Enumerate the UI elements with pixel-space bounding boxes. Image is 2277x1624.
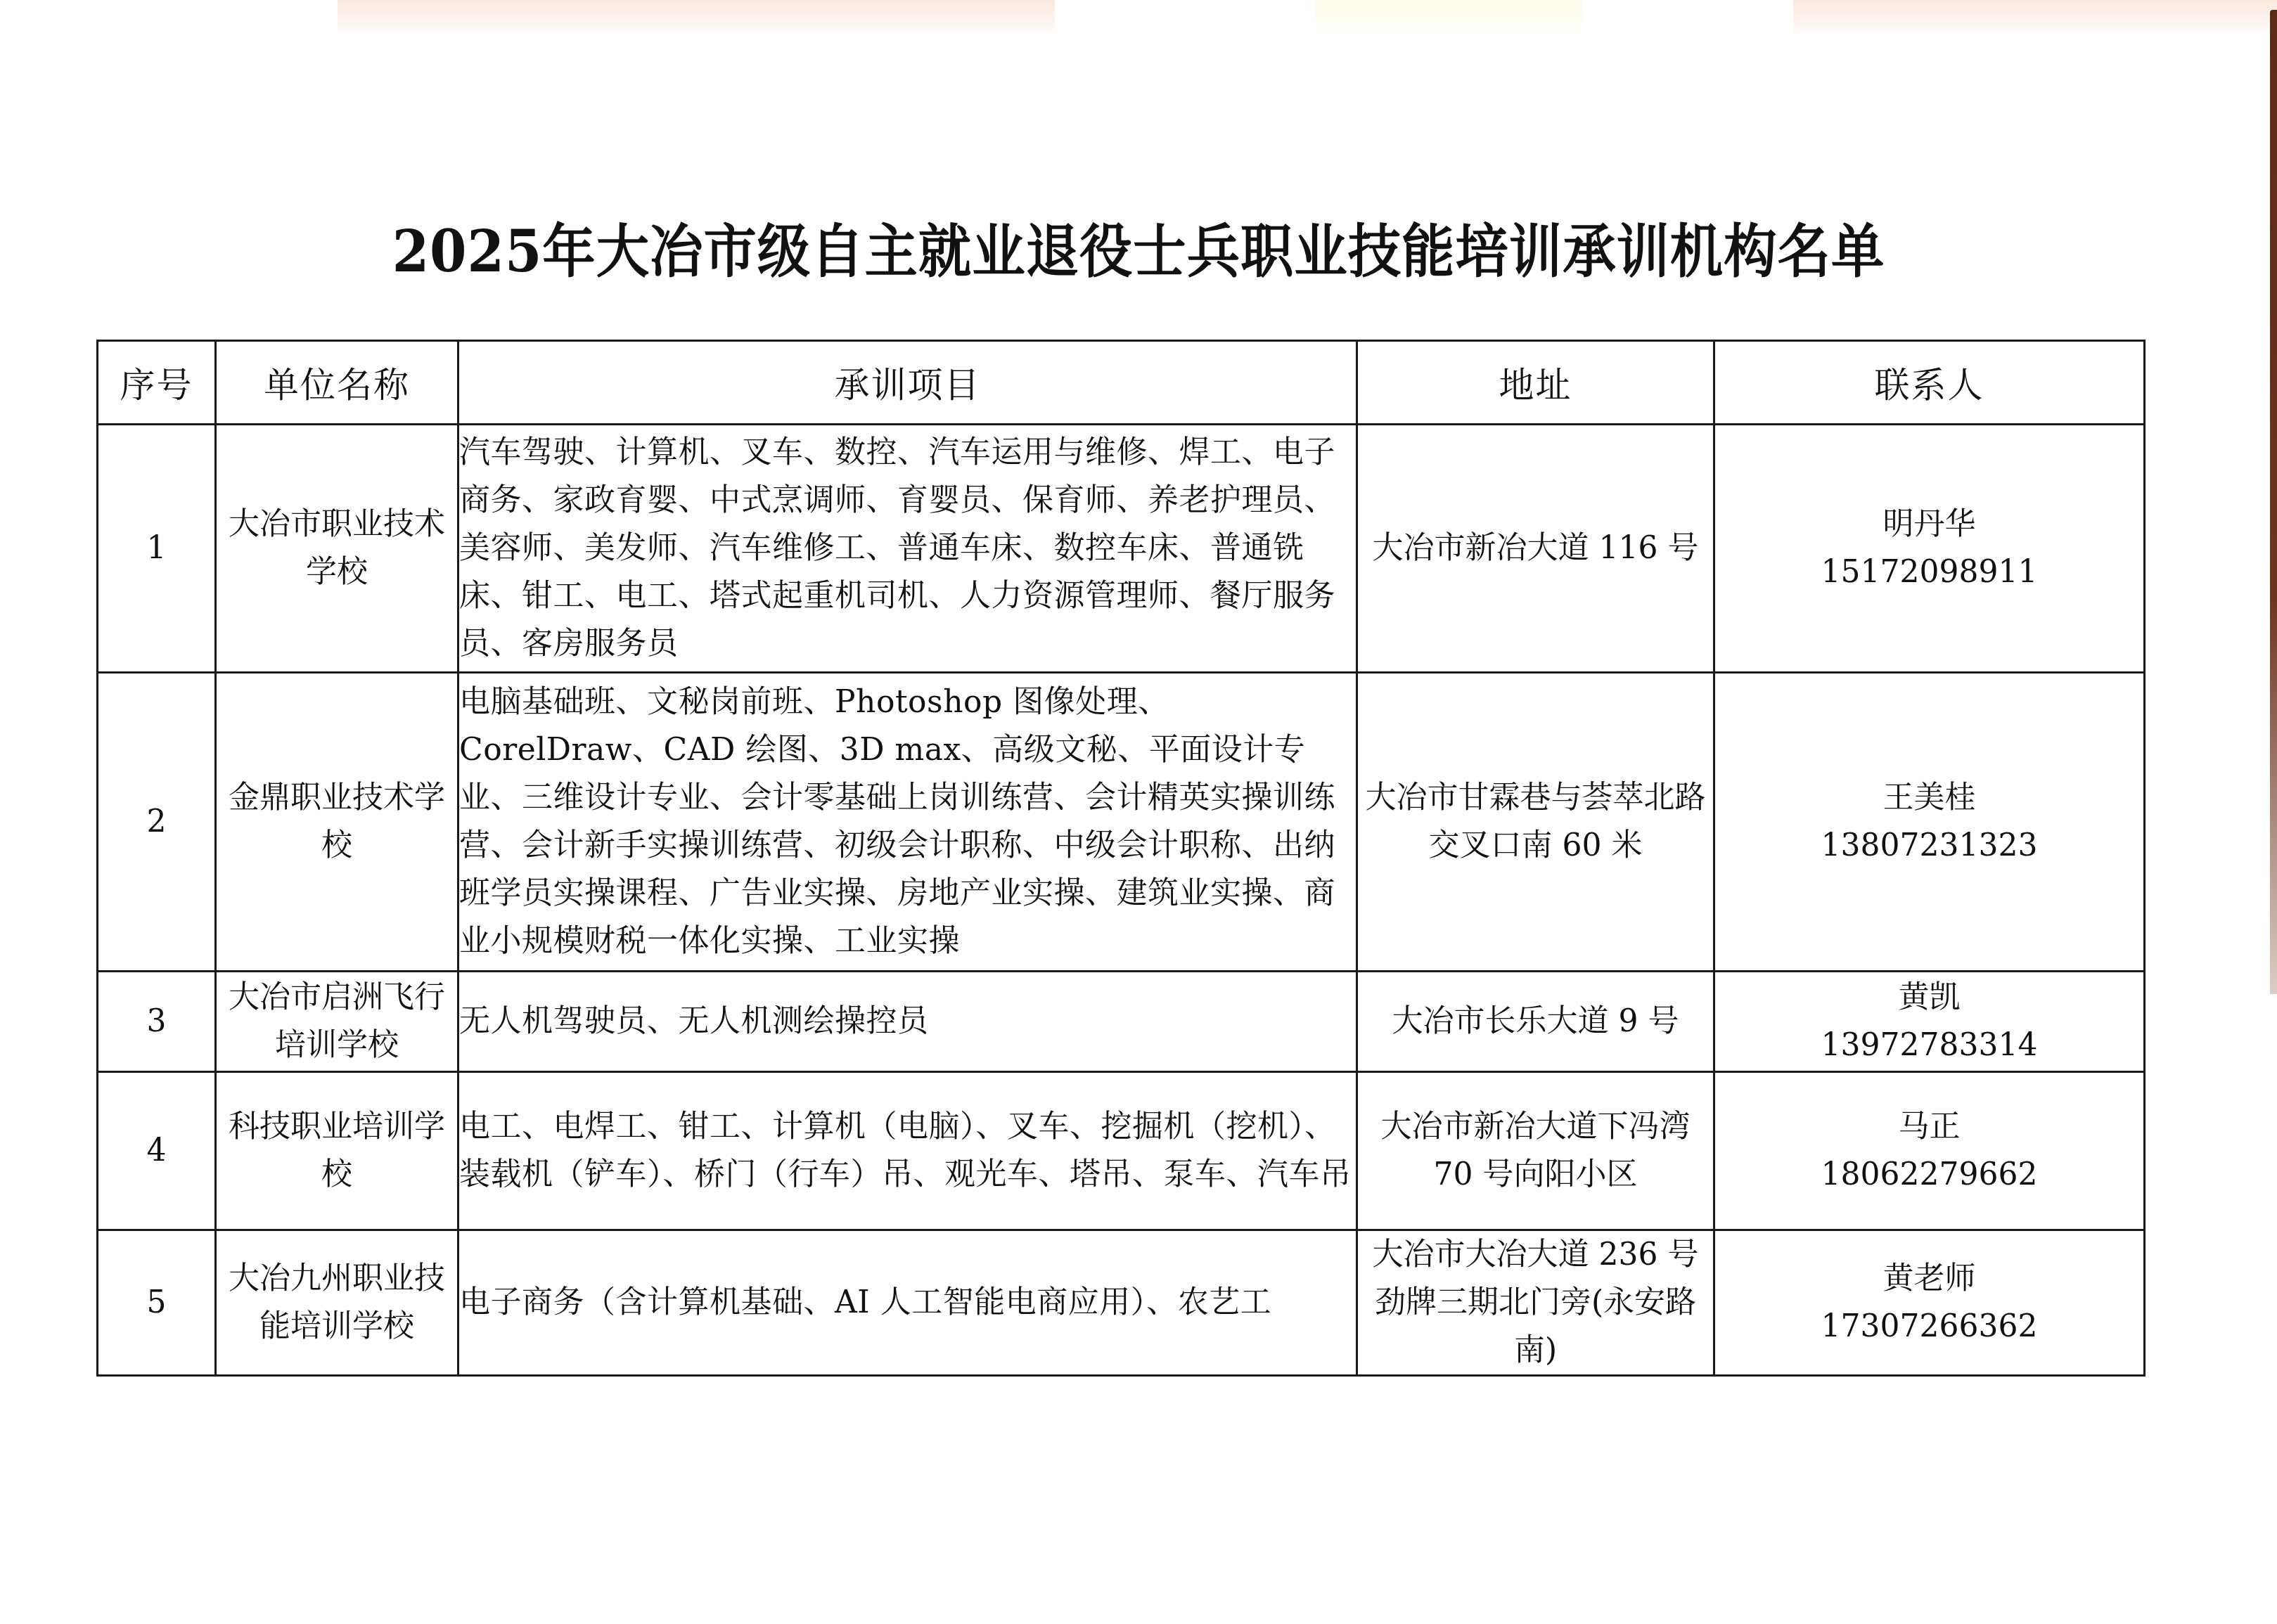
training-projects-cell: 无人机驾驶员、无人机测绘操控员 (458, 972, 1357, 1072)
contact-name: 王美桂 (1715, 774, 2143, 822)
serial-number-cell: 2 (98, 673, 216, 972)
contact-phone: 18062279662 (1715, 1151, 2143, 1199)
contact-cell: 黄凯 13972783314 (1714, 972, 2145, 1072)
serial-number-cell: 1 (98, 425, 216, 673)
contact-phone: 15172098911 (1715, 548, 2143, 596)
institution-name-cell: 金鼎职业技术学校 (216, 673, 458, 972)
scan-artifact (338, 0, 1055, 35)
header-address: 地址 (1357, 341, 1714, 425)
header-institution-name: 单位名称 (216, 341, 458, 425)
page-edge-shadow (2270, 10, 2277, 994)
contact-phone: 13807231323 (1715, 822, 2143, 870)
serial-number-cell: 5 (98, 1230, 216, 1376)
address-cell: 大冶市甘霖巷与荟萃北路交叉口南 60 米 (1357, 673, 1714, 972)
serial-number-cell: 4 (98, 1072, 216, 1230)
contact-cell: 王美桂 13807231323 (1714, 673, 2145, 972)
institution-name-cell: 科技职业培训学校 (216, 1072, 458, 1230)
address-cell: 大冶市长乐大道 9 号 (1357, 972, 1714, 1072)
contact-cell: 黄老师 17307266362 (1714, 1230, 2145, 1376)
contact-cell: 明丹华 15172098911 (1714, 425, 2145, 673)
institution-name-cell: 大冶市启洲飞行培训学校 (216, 972, 458, 1072)
table-row: 2 金鼎职业技术学校 电脑基础班、文秘岗前班、Photoshop 图像处理、Co… (98, 673, 2145, 972)
table-row: 4 科技职业培训学校 电工、电焊工、钳工、计算机（电脑）、叉车、挖掘机（挖机）、… (98, 1072, 2145, 1230)
training-projects-cell: 电工、电焊工、钳工、计算机（电脑）、叉车、挖掘机（挖机）、装载机（铲车）、桥门（… (458, 1072, 1357, 1230)
header-serial-number: 序号 (98, 341, 216, 425)
contact-name: 马正 (1715, 1103, 2143, 1151)
training-institution-table: 序号 单位名称 承训项目 地址 联系人 1 大冶市职业技术学校 汽车驾驶、计算机… (96, 340, 2145, 1377)
institution-name-cell: 大冶市职业技术学校 (216, 425, 458, 673)
contact-phone: 17307266362 (1715, 1303, 2143, 1351)
table-row: 5 大冶九州职业技能培训学校 电子商务（含计算机基础、AI 人工智能电商应用）、… (98, 1230, 2145, 1376)
contact-cell: 马正 18062279662 (1714, 1072, 2145, 1230)
training-projects-cell: 汽车驾驶、计算机、叉车、数控、汽车运用与维修、焊工、电子商务、家政育婴、中式烹调… (458, 425, 1357, 673)
serial-number-cell: 3 (98, 972, 216, 1072)
institution-name-cell: 大冶九州职业技能培训学校 (216, 1230, 458, 1376)
contact-name: 明丹华 (1715, 501, 2143, 548)
table-row: 3 大冶市启洲飞行培训学校 无人机驾驶员、无人机测绘操控员 大冶市长乐大道 9 … (98, 972, 2145, 1072)
header-training-projects: 承训项目 (458, 341, 1357, 425)
document-title: 2025年大冶市级自主就业退役士兵职业技能培训承训机构名单 (91, 223, 2186, 281)
scan-artifact (1315, 0, 1582, 35)
address-cell: 大冶市大冶大道 236 号劲牌三期北门旁(永安路南) (1357, 1230, 1714, 1376)
training-projects-cell: 电子商务（含计算机基础、AI 人工智能电商应用）、农艺工 (458, 1230, 1357, 1376)
address-cell: 大冶市新冶大道 116 号 (1357, 425, 1714, 673)
contact-name: 黄凯 (1715, 974, 2143, 1022)
address-cell: 大冶市新冶大道下冯湾 70 号向阳小区 (1357, 1072, 1714, 1230)
table-row: 1 大冶市职业技术学校 汽车驾驶、计算机、叉车、数控、汽车运用与维修、焊工、电子… (98, 425, 2145, 673)
header-contact: 联系人 (1714, 341, 2145, 425)
contact-name: 黄老师 (1715, 1255, 2143, 1303)
training-projects-cell: 电脑基础班、文秘岗前班、Photoshop 图像处理、CorelDraw、CAD… (458, 673, 1357, 972)
contact-phone: 13972783314 (1715, 1022, 2143, 1069)
scan-artifact (1793, 0, 2277, 35)
table-header-row: 序号 单位名称 承训项目 地址 联系人 (98, 341, 2145, 425)
